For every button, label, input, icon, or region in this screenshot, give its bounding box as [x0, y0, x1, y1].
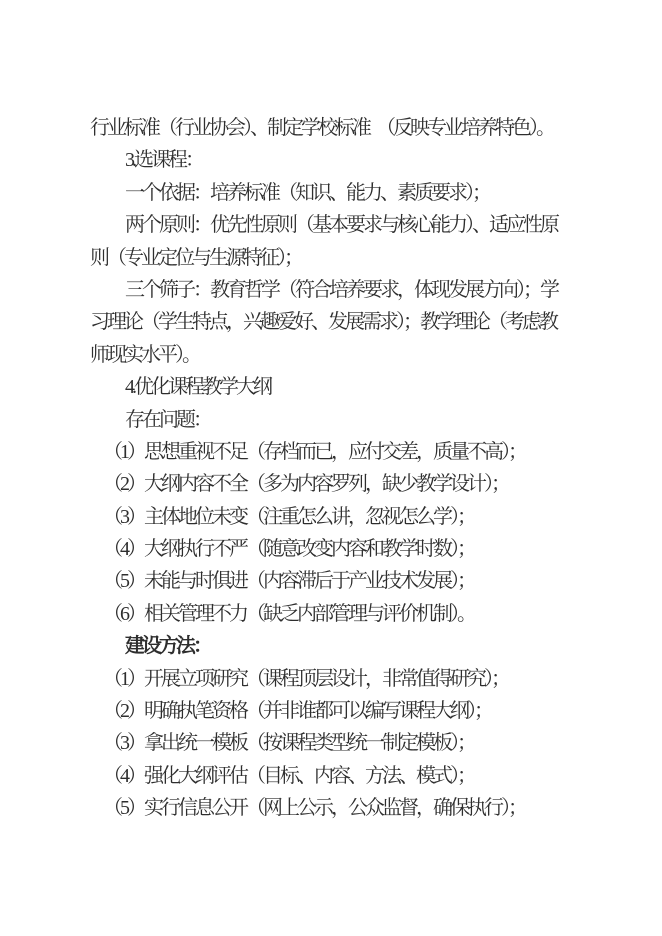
section-heading-line: 建设方法： [90, 630, 590, 662]
document-page: 行业标准（行业协会）、制定学校标准 （反映专业培养特色）。3.选课程：一个依据：… [0, 0, 662, 936]
text-line: （1）开展立项研究（课程顶层设计，非常值得研究）； [90, 663, 590, 695]
text-line: （1）思想重视不足（存档而已，应付交差，质量不高）； [90, 436, 590, 468]
text-line: 行业标准（行业协会）、制定学校标准 （反映专业培养特色）。 [90, 112, 590, 144]
text-line: （2）大纲内容不全（多为内容罗列，缺少教学设计）； [90, 468, 590, 500]
text-line: （2）明确执笔资格（并非谁都可以编写课程大纲）； [90, 695, 590, 727]
text-line: 则（专业定位与生源特征）； [90, 242, 590, 274]
text-line: （3）主体地位未变（注重怎么讲，忽视怎么学）； [90, 501, 590, 533]
document-body: 行业标准（行业协会）、制定学校标准 （反映专业培养特色）。3.选课程：一个依据：… [90, 112, 590, 825]
text-line: 师现实水平）。 [90, 339, 590, 371]
text-line: 习理论（学生特点，兴趣爱好、发展需求）；教学理论（考虑教 [90, 306, 590, 338]
text-line: （4）大纲执行不严（随意改变内容和教学时数）； [90, 533, 590, 565]
text-line: 4.优化课程教学大纲 [90, 371, 590, 403]
text-line: 两个原则：优先性原则（基本要求与核心能力）、适应性原 [90, 209, 590, 241]
text-line: （5）未能与时俱进（内容滞后于产业技术发展）； [90, 565, 590, 597]
text-line: 三个筛子：教育哲学（符合培养要求，体现发展方向）；学 [90, 274, 590, 306]
text-line: （5）实行信息公开（网上公示，公众监督，确保执行）； [90, 792, 590, 824]
text-line: （3）拿出统一模板（按课程类型统一制定模板）； [90, 727, 590, 759]
text-line: （6）相关管理不力（缺乏内部管理与评价机制）。 [90, 598, 590, 630]
text-line: （4）强化大纲评估（目标、内容、方法、模式）； [90, 760, 590, 792]
text-line: 一个依据：培养标准（知识、能力、素质要求）； [90, 177, 590, 209]
text-line: 3.选课程： [90, 144, 590, 176]
text-line: 存在问题： [90, 404, 590, 436]
